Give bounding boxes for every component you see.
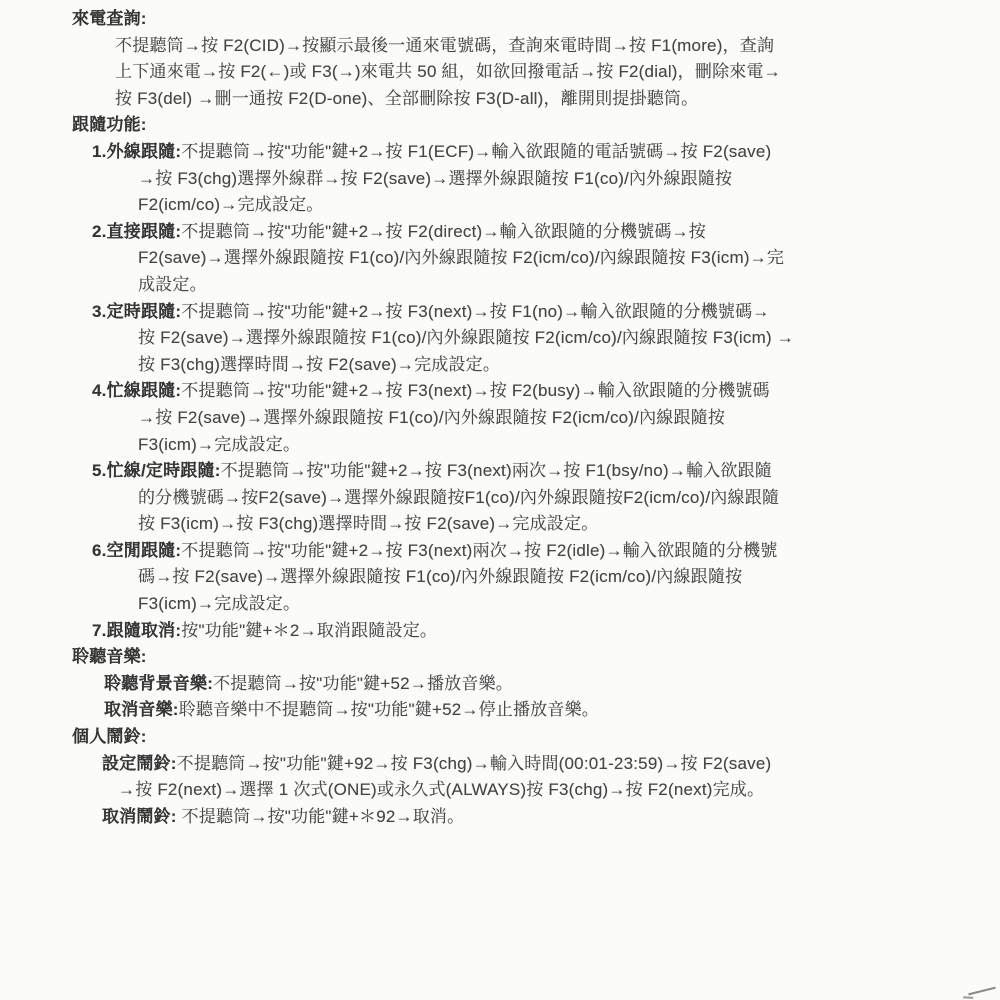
entry-label: 設定鬧鈴: — [102, 754, 177, 773]
entry-label: 取消音樂: — [104, 700, 179, 719]
entry-text: 按"功能"鍵+＊2→取消跟隨設定。 — [181, 621, 437, 640]
entry-line: 1.外線跟隨:不提聽筒→按"功能"鍵+2→按 F1(ECF)→輸入欲跟隨的電話號… — [92, 139, 962, 166]
entry-cont-line: F3(icm)→完成設定。 — [138, 591, 962, 618]
section-heading: 個人鬧鈴: — [72, 724, 962, 751]
entry-line: 設定鬧鈴:不提聽筒→按"功能"鍵+92→按 F3(chg)→輸入時間(00:01… — [102, 751, 962, 778]
entry-text: 不提聽筒→按 F2(CID)→按顯示最後一通來電號碼，查詢來電時間→按 F1(m… — [115, 36, 774, 55]
entry-cont-line: 碼→按 F2(save)→選擇外線跟隨按 F1(co)/內外線跟隨按 F2(ic… — [138, 564, 962, 591]
scanned-manual-page: 來電查詢:不提聽筒→按 F2(CID)→按顯示最後一通來電號碼，查詢來電時間→按… — [0, 0, 1000, 830]
entry-text: 不提聽筒→按"功能"鍵+2→按 F3(next)→按 F2(busy)→輸入欲跟… — [181, 381, 769, 400]
entry-line: 3.定時跟隨:不提聽筒→按"功能"鍵+2→按 F3(next)→按 F1(no)… — [92, 299, 962, 326]
entry-text: 不提聽筒→按"功能"鍵+52→播放音樂。 — [213, 674, 513, 693]
entry-cont-line: F3(icm)→完成設定。 — [138, 432, 962, 459]
entry-text: 不提聽筒→按"功能"鍵+2→按 F1(ECF)→輸入欲跟隨的電話號碼→按 F2(… — [181, 142, 771, 161]
section-heading: 聆聽音樂: — [72, 644, 962, 671]
entry-line: 取消鬧鈴: 不提聽筒→按"功能"鍵+＊92→取消。 — [102, 804, 962, 831]
entry-cont-line: →按 F2(next)→選擇 1 次式(ONE)或永久式(ALWAYS)按 F3… — [118, 777, 962, 804]
entry-text: 不提聽筒→按"功能"鍵+2→按 F3(next)→按 F1(no)→輸入欲跟隨的… — [181, 302, 769, 321]
entry-text: 不提聽筒→按"功能"鍵+2→按 F2(direct)→輸入欲跟隨的分機號碼→按 — [181, 222, 706, 241]
document-body: 來電查詢:不提聽筒→按 F2(CID)→按顯示最後一通來電號碼，查詢來電時間→按… — [72, 6, 962, 830]
section: 個人鬧鈴:設定鬧鈴:不提聽筒→按"功能"鍵+92→按 F3(chg)→輸入時間(… — [72, 724, 962, 830]
entry-text: 聆聽音樂中不提聽筒→按"功能"鍵+52→停止播放音樂。 — [179, 700, 599, 719]
section: 聆聽音樂:聆聽背景音樂:不提聽筒→按"功能"鍵+52→播放音樂。取消音樂:聆聽音… — [72, 644, 962, 724]
entry-line: 不提聽筒→按 F2(CID)→按顯示最後一通來電號碼，查詢來電時間→按 F1(m… — [115, 33, 962, 60]
entry-line: 7.跟隨取消:按"功能"鍵+＊2→取消跟隨設定。 — [92, 618, 962, 645]
section: 來電查詢:不提聽筒→按 F2(CID)→按顯示最後一通來電號碼，查詢來電時間→按… — [72, 6, 962, 112]
entry-cont-line: 的分機號碼→按F2(save)→選擇外線跟隨按F1(co)/內外線跟隨按F2(i… — [138, 485, 962, 512]
entry-label: 3.定時跟隨: — [92, 302, 181, 321]
entry-cont-line: 按 F2(save)→選擇外線跟隨按 F1(co)/內外線跟隨按 F2(icm/… — [138, 325, 962, 352]
entry-label: 2.直接跟隨: — [92, 222, 181, 241]
entry-cont-line: →按 F3(chg)選擇外線群→按 F2(save)→選擇外線跟隨按 F1(co… — [138, 166, 962, 193]
entry-line: 取消音樂:聆聽音樂中不提聽筒→按"功能"鍵+52→停止播放音樂。 — [104, 697, 962, 724]
section-heading: 跟隨功能: — [72, 112, 962, 139]
entry-cont-line: F2(icm/co)→完成設定。 — [138, 192, 962, 219]
entry-label: 1.外線跟隨: — [92, 142, 181, 161]
scan-pen-mark — [968, 987, 996, 996]
entry-text: 不提聽筒→按"功能"鍵+＊92→取消。 — [177, 807, 465, 826]
entry-label: 4.忙線跟隨: — [92, 381, 181, 400]
section: 跟隨功能:1.外線跟隨:不提聽筒→按"功能"鍵+2→按 F1(ECF)→輸入欲跟… — [72, 112, 962, 644]
entry-cont-line: 按 F3(del) →刪一通按 F2(D-one)、全部刪除按 F3(D-all… — [115, 86, 962, 113]
section-heading: 來電查詢: — [72, 6, 962, 33]
entry-label: 7.跟隨取消: — [92, 621, 181, 640]
entry-cont-line: 上下通來電→按 F2(←)或 F3(→)來電共 50 組，如欲回撥電話→按 F2… — [115, 59, 962, 86]
entry-text: 不提聽筒→按"功能"鍵+2→按 F3(next)兩次→按 F1(bsy/no)→… — [221, 461, 772, 480]
entry-text: 不提聽筒→按"功能"鍵+2→按 F3(next)兩次→按 F2(idle)→輸入… — [181, 541, 777, 560]
entry-line: 4.忙線跟隨:不提聽筒→按"功能"鍵+2→按 F3(next)→按 F2(bus… — [92, 378, 962, 405]
entry-cont-line: F2(save)→選擇外線跟隨按 F1(co)/內外線跟隨按 F2(icm/co… — [138, 245, 962, 272]
entry-label: 聆聽背景音樂: — [104, 674, 213, 693]
entry-line: 5.忙線/定時跟隨:不提聽筒→按"功能"鍵+2→按 F3(next)兩次→按 F… — [92, 458, 962, 485]
entry-label: 6.空閒跟隨: — [92, 541, 181, 560]
entry-cont-line: 成設定。 — [138, 272, 962, 299]
entry-text: 不提聽筒→按"功能"鍵+92→按 F3(chg)→輸入時間(00:01-23:5… — [177, 754, 772, 773]
entry-line: 聆聽背景音樂:不提聽筒→按"功能"鍵+52→播放音樂。 — [104, 671, 962, 698]
entry-label: 取消鬧鈴: — [102, 807, 177, 826]
entry-cont-line: 按 F3(icm)→按 F3(chg)選擇時間→按 F2(save)→完成設定。 — [138, 511, 962, 538]
entry-cont-line: 按 F3(chg)選擇時間→按 F2(save)→完成設定。 — [138, 352, 962, 379]
entry-line: 2.直接跟隨:不提聽筒→按"功能"鍵+2→按 F2(direct)→輸入欲跟隨的… — [92, 219, 962, 246]
entry-line: 6.空閒跟隨:不提聽筒→按"功能"鍵+2→按 F3(next)兩次→按 F2(i… — [92, 538, 962, 565]
entry-cont-line: →按 F2(save)→選擇外線跟隨按 F1(co)/內外線跟隨按 F2(icm… — [138, 405, 962, 432]
entry-label: 5.忙線/定時跟隨: — [92, 461, 221, 480]
